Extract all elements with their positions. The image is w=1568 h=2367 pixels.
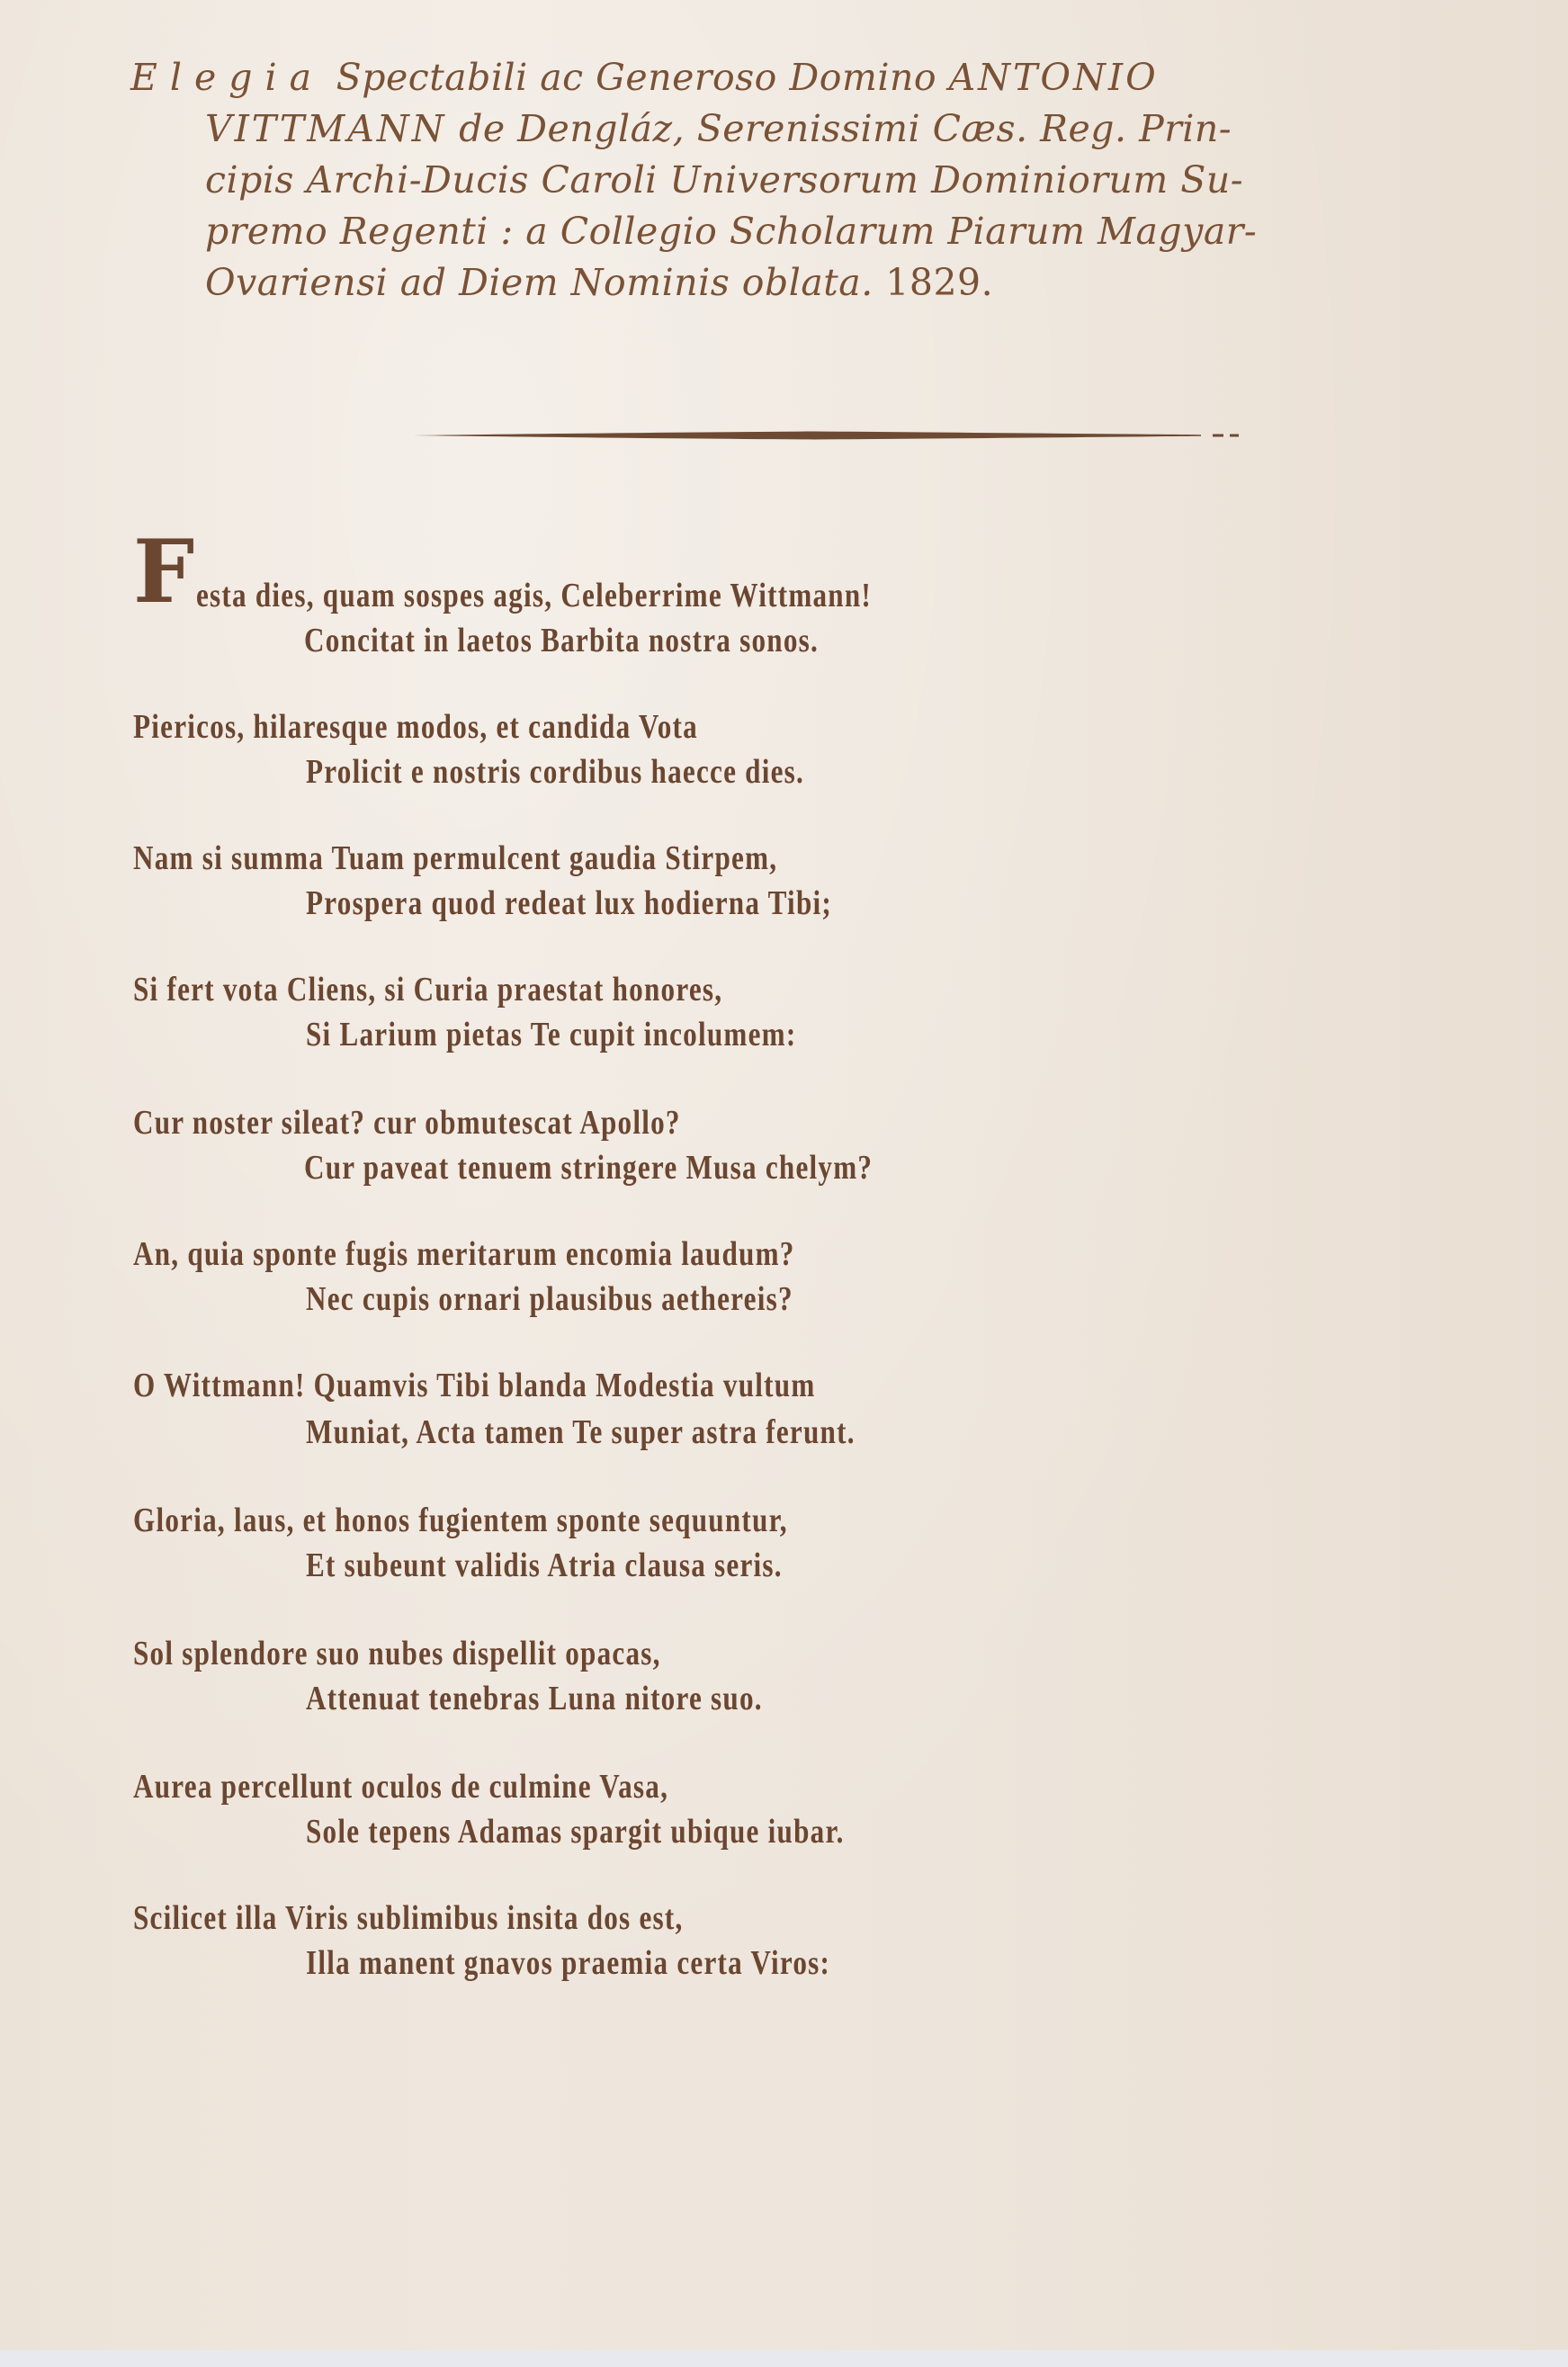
stanza-3-pentameter: Prospera quod redeat lux hodierna Tibi; [306,883,832,923]
title-line-2: VITTMANN de Dengláz, Serenissimi Cæs. Re… [130,103,1498,155]
drop-cap: F [133,529,194,615]
title-line-5: Ovariensi ad Diem Nominis oblata. 1829. [130,257,1498,309]
decorative-rule [409,429,1246,442]
stanza-5-pentameter: Cur paveat tenuem stringere Musa chelym? [304,1148,873,1188]
stanza-1-hexameter: esta dies, quam sospes agis, Celeberrime… [196,576,872,615]
stanza-3-hexameter: Nam si summa Tuam permulcent gaudia Stir… [133,838,777,878]
elegy-title: Elegia Spectabili ac Generoso Domino ANT… [130,52,1498,309]
stanza-4-hexameter: Si fert vota Cliens, si Curia praestat h… [133,970,722,1009]
stanza-9-hexameter: Sol splendore suo nubes dispellit opacas… [133,1634,661,1673]
stanza-8-hexameter: Gloria, laus, et honos fugientem sponte … [133,1501,788,1540]
stanza-6-pentameter: Nec cupis ornari plausibus aethereis? [306,1279,793,1319]
stanza-7-hexameter: O Wittmann! Quamvis Tibi blanda Modestia… [133,1366,816,1405]
title-year: 1829. [885,261,993,304]
document-page: Elegia Spectabili ac Generoso Domino ANT… [0,0,1568,2350]
title-line-1: Elegia Spectabili ac Generoso Domino ANT… [130,52,1498,103]
title-line-3: cipis Archi-Ducis Caroli Universorum Dom… [130,155,1498,206]
stanza-9-pentameter: Attenuat tenebras Luna nitore suo. [306,1679,763,1718]
stanza-4-pentameter: Si Larium pietas Te cupit incolumem: [306,1015,796,1054]
scan-background-strip [0,2350,1568,2367]
title-line-4: premo Regenti : a Collegio Scholarum Pia… [130,206,1498,257]
stanza-1-pentameter: Concitat in laetos Barbita nostra sonos. [304,621,819,660]
stanza-10-hexameter: Aurea percellunt oculos de culmine Vasa, [133,1767,668,1807]
stanza-7-pentameter: Muniat, Acta tamen Te super astra ferunt… [306,1412,856,1452]
title-name-antonio: ANTONIO [949,56,1159,99]
stanza-11-pentameter: Illa manent gnavos praemia certa Viros: [306,1943,830,1983]
stanza-2-pentameter: Prolicit e nostris cordibus haecce dies. [306,752,804,792]
stanza-6-hexameter: An, quia sponte fugis meritarum encomia … [133,1234,795,1274]
title-word-elegia: Elegia [130,56,324,99]
stanza-5-hexameter: Cur noster sileat? cur obmutescat Apollo… [133,1103,681,1143]
title-name-vittmann: VITTMANN [205,107,447,150]
stanza-2-hexameter: Piericos, hilaresque modos, et candida V… [133,707,698,747]
stanza-8-pentameter: Et subeunt validis Atria clausa seris. [306,1546,783,1585]
stanza-10-pentameter: Sole tepens Adamas spargit ubique iubar. [306,1812,845,1851]
stanza-11-hexameter: Scilicet illa Viris sublimibus insita do… [133,1898,683,1938]
